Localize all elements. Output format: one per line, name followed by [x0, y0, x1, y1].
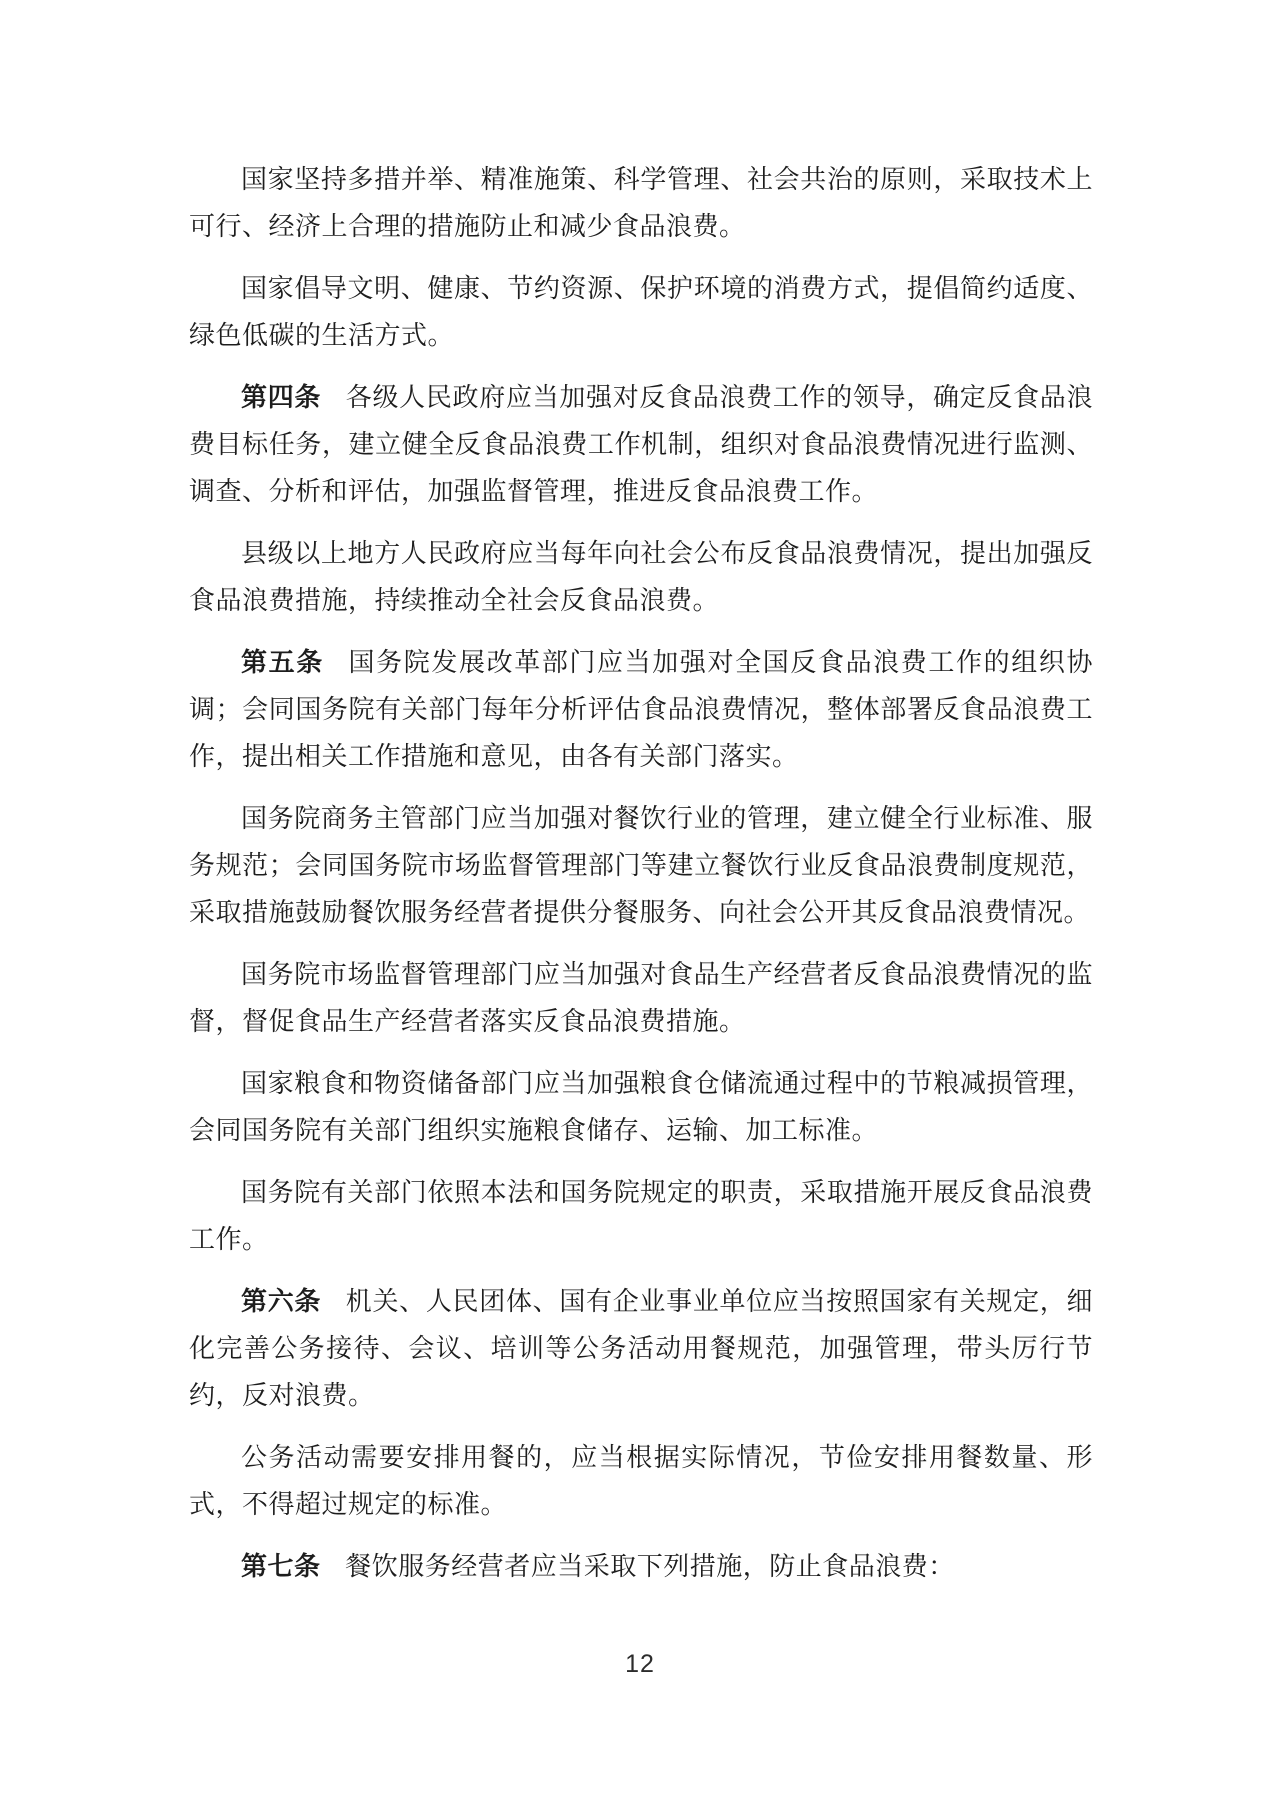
paragraph: 第五条国务院发展改革部门应当加强对全国反食品浪费工作的组织协调；会同国务院有关部…: [189, 639, 1093, 780]
document-page: 国家坚持多措并举、精准施策、科学管理、社会共治的原则，采取技术上可行、经济上合理…: [0, 0, 1280, 1810]
article-label: 第六条: [241, 1286, 321, 1316]
paragraph: 国务院有关部门依照本法和国务院规定的职责，采取措施开展反食品浪费工作。: [189, 1169, 1093, 1263]
page-number: 12: [0, 1650, 1280, 1679]
paragraph: 国家粮食和物资储备部门应当加强粮食仓储流通过程中的节粮减损管理，会同国务院有关部…: [189, 1060, 1093, 1154]
paragraph: 第四条各级人民政府应当加强对反食品浪费工作的领导，确定反食品浪费目标任务，建立健…: [189, 374, 1093, 515]
paragraph-text: 国家坚持多措并举、精准施策、科学管理、社会共治的原则，采取技术上可行、经济上合理…: [189, 165, 1093, 241]
paragraph-text: 国家粮食和物资储备部门应当加强粮食仓储流通过程中的节粮减损管理，会同国务院有关部…: [189, 1069, 1093, 1145]
paragraph: 国家倡导文明、健康、节约资源、保护环境的消费方式，提倡简约适度、绿色低碳的生活方…: [189, 265, 1093, 359]
paragraph-text: 国家倡导文明、健康、节约资源、保护环境的消费方式，提倡简约适度、绿色低碳的生活方…: [189, 274, 1093, 350]
paragraph-text: 国务院商务主管部门应当加强对餐饮行业的管理，建立健全行业标准、服务规范；会同国务…: [189, 804, 1093, 927]
paragraph-text: 各级人民政府应当加强对反食品浪费工作的领导，确定反食品浪费目标任务，建立健全反食…: [189, 383, 1093, 506]
paragraph: 国家坚持多措并举、精准施策、科学管理、社会共治的原则，采取技术上可行、经济上合理…: [189, 156, 1093, 250]
article-label: 第五条: [241, 647, 324, 677]
document-body: 国家坚持多措并举、精准施策、科学管理、社会共治的原则，采取技术上可行、经济上合理…: [189, 156, 1093, 1605]
paragraph-text: 县级以上地方人民政府应当每年向社会公布反食品浪费情况，提出加强反食品浪费措施，持…: [189, 539, 1093, 615]
paragraph: 公务活动需要安排用餐的，应当根据实际情况，节俭安排用餐数量、形式，不得超过规定的…: [189, 1434, 1093, 1528]
paragraph-text: 国务院发展改革部门应当加强对全国反食品浪费工作的组织协调；会同国务院有关部门每年…: [189, 648, 1093, 771]
paragraph: 第七条餐饮服务经营者应当采取下列措施，防止食品浪费：: [189, 1543, 1093, 1590]
paragraph-text: 机关、人民团体、国有企业事业单位应当按照国家有关规定，细化完善公务接待、会议、培…: [189, 1287, 1093, 1410]
paragraph: 国务院市场监督管理部门应当加强对食品生产经营者反食品浪费情况的监督，督促食品生产…: [189, 951, 1093, 1045]
paragraph-text: 国务院有关部门依照本法和国务院规定的职责，采取措施开展反食品浪费工作。: [189, 1178, 1093, 1254]
paragraph: 第六条机关、人民团体、国有企业事业单位应当按照国家有关规定，细化完善公务接待、会…: [189, 1278, 1093, 1419]
paragraph-text: 公务活动需要安排用餐的，应当根据实际情况，节俭安排用餐数量、形式，不得超过规定的…: [189, 1443, 1093, 1519]
article-label: 第四条: [241, 382, 321, 412]
paragraph-text: 国务院市场监督管理部门应当加强对食品生产经营者反食品浪费情况的监督，督促食品生产…: [189, 960, 1093, 1036]
paragraph-text: 餐饮服务经营者应当采取下列措施，防止食品浪费：: [345, 1552, 955, 1581]
paragraph: 县级以上地方人民政府应当每年向社会公布反食品浪费情况，提出加强反食品浪费措施，持…: [189, 530, 1093, 624]
paragraph: 国务院商务主管部门应当加强对餐饮行业的管理，建立健全行业标准、服务规范；会同国务…: [189, 795, 1093, 936]
article-label: 第七条: [241, 1551, 321, 1581]
